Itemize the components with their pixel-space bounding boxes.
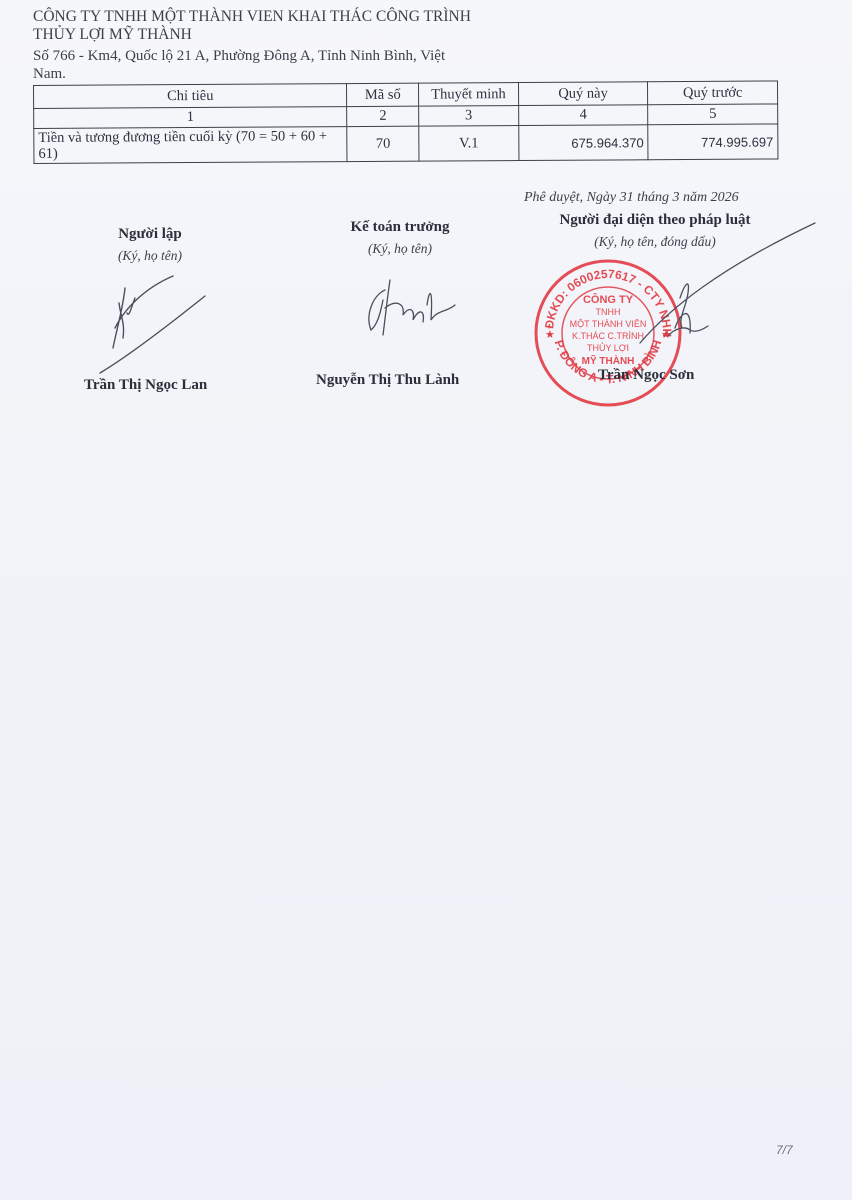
signer-title: Người lập [70, 226, 230, 243]
row-current-quarter: 675.964.370 [518, 125, 648, 161]
handwritten-signature-icon [355, 270, 465, 340]
header-code: Mã số [347, 83, 419, 106]
signer-note: (Ký, họ tên) [70, 248, 230, 264]
column-number: 5 [648, 104, 778, 125]
signer-name: Nguyễn Thị Thu Lành [316, 372, 459, 389]
svg-text:MỸ THÀNH: MỸ THÀNH [582, 354, 635, 367]
row-code: 70 [347, 126, 419, 161]
signature-block-preparer: Người lập (Ký, họ tên) [70, 226, 230, 264]
company-address: Số 766 - Km4, Quốc lộ 21 A, Phường Đông … [33, 47, 473, 83]
signer-name: Trần Ngọc Sơn [598, 367, 694, 384]
row-note: V.1 [419, 126, 519, 162]
header-note: Thuyết minh [419, 83, 519, 107]
column-number: 1 [34, 107, 348, 129]
row-label: Tiền và tương đương tiền cuối kỳ (70 = 5… [34, 127, 348, 164]
signer-title: Kế toán trưởng [320, 219, 480, 236]
handwritten-signature-icon [95, 268, 215, 378]
svg-text:CÔNG TY: CÔNG TY [583, 293, 634, 306]
header-previous-quarter: Quý trước [648, 81, 778, 105]
column-number: 4 [518, 105, 648, 126]
cash-flow-table: Chỉ tiêu Mã số Thuyết minh Quý này Quý t… [33, 80, 778, 164]
page-number: 7/7 [776, 1143, 793, 1157]
column-number: 3 [419, 106, 519, 127]
svg-text:TNHH: TNHH [596, 307, 621, 317]
signer-note: (Ký, họ tên) [320, 241, 480, 257]
svg-text:★: ★ [545, 329, 555, 341]
handwritten-signature-icon [630, 218, 820, 348]
company-header: CÔNG TY TNHH MỘT THÀNH VIEN KHAI THÁC CÔ… [33, 8, 473, 83]
approval-date: Phê duyệt, Ngày 31 tháng 3 năm 2026 [524, 190, 739, 206]
signature-block-chief-accountant: Kế toán trưởng (Ký, họ tên) [320, 219, 480, 257]
signer-name: Trần Thị Ngọc Lan [84, 377, 207, 394]
header-indicator: Chỉ tiêu [34, 84, 348, 109]
table-row: Tiền và tương đương tiền cuối kỳ (70 = 5… [34, 124, 778, 164]
column-number: 2 [347, 106, 419, 126]
row-previous-quarter: 774.995.697 [648, 124, 778, 160]
document-page: CÔNG TY TNHH MỘT THÀNH VIEN KHAI THÁC CÔ… [0, 0, 852, 1200]
company-name-line2: THỦY LỢI MỸ THÀNH [33, 26, 473, 44]
header-current-quarter: Quý này [518, 82, 648, 106]
svg-text:THỦY LỢI: THỦY LỢI [587, 342, 629, 353]
company-name-line1: CÔNG TY TNHH MỘT THÀNH VIEN KHAI THÁC CÔ… [33, 8, 473, 26]
